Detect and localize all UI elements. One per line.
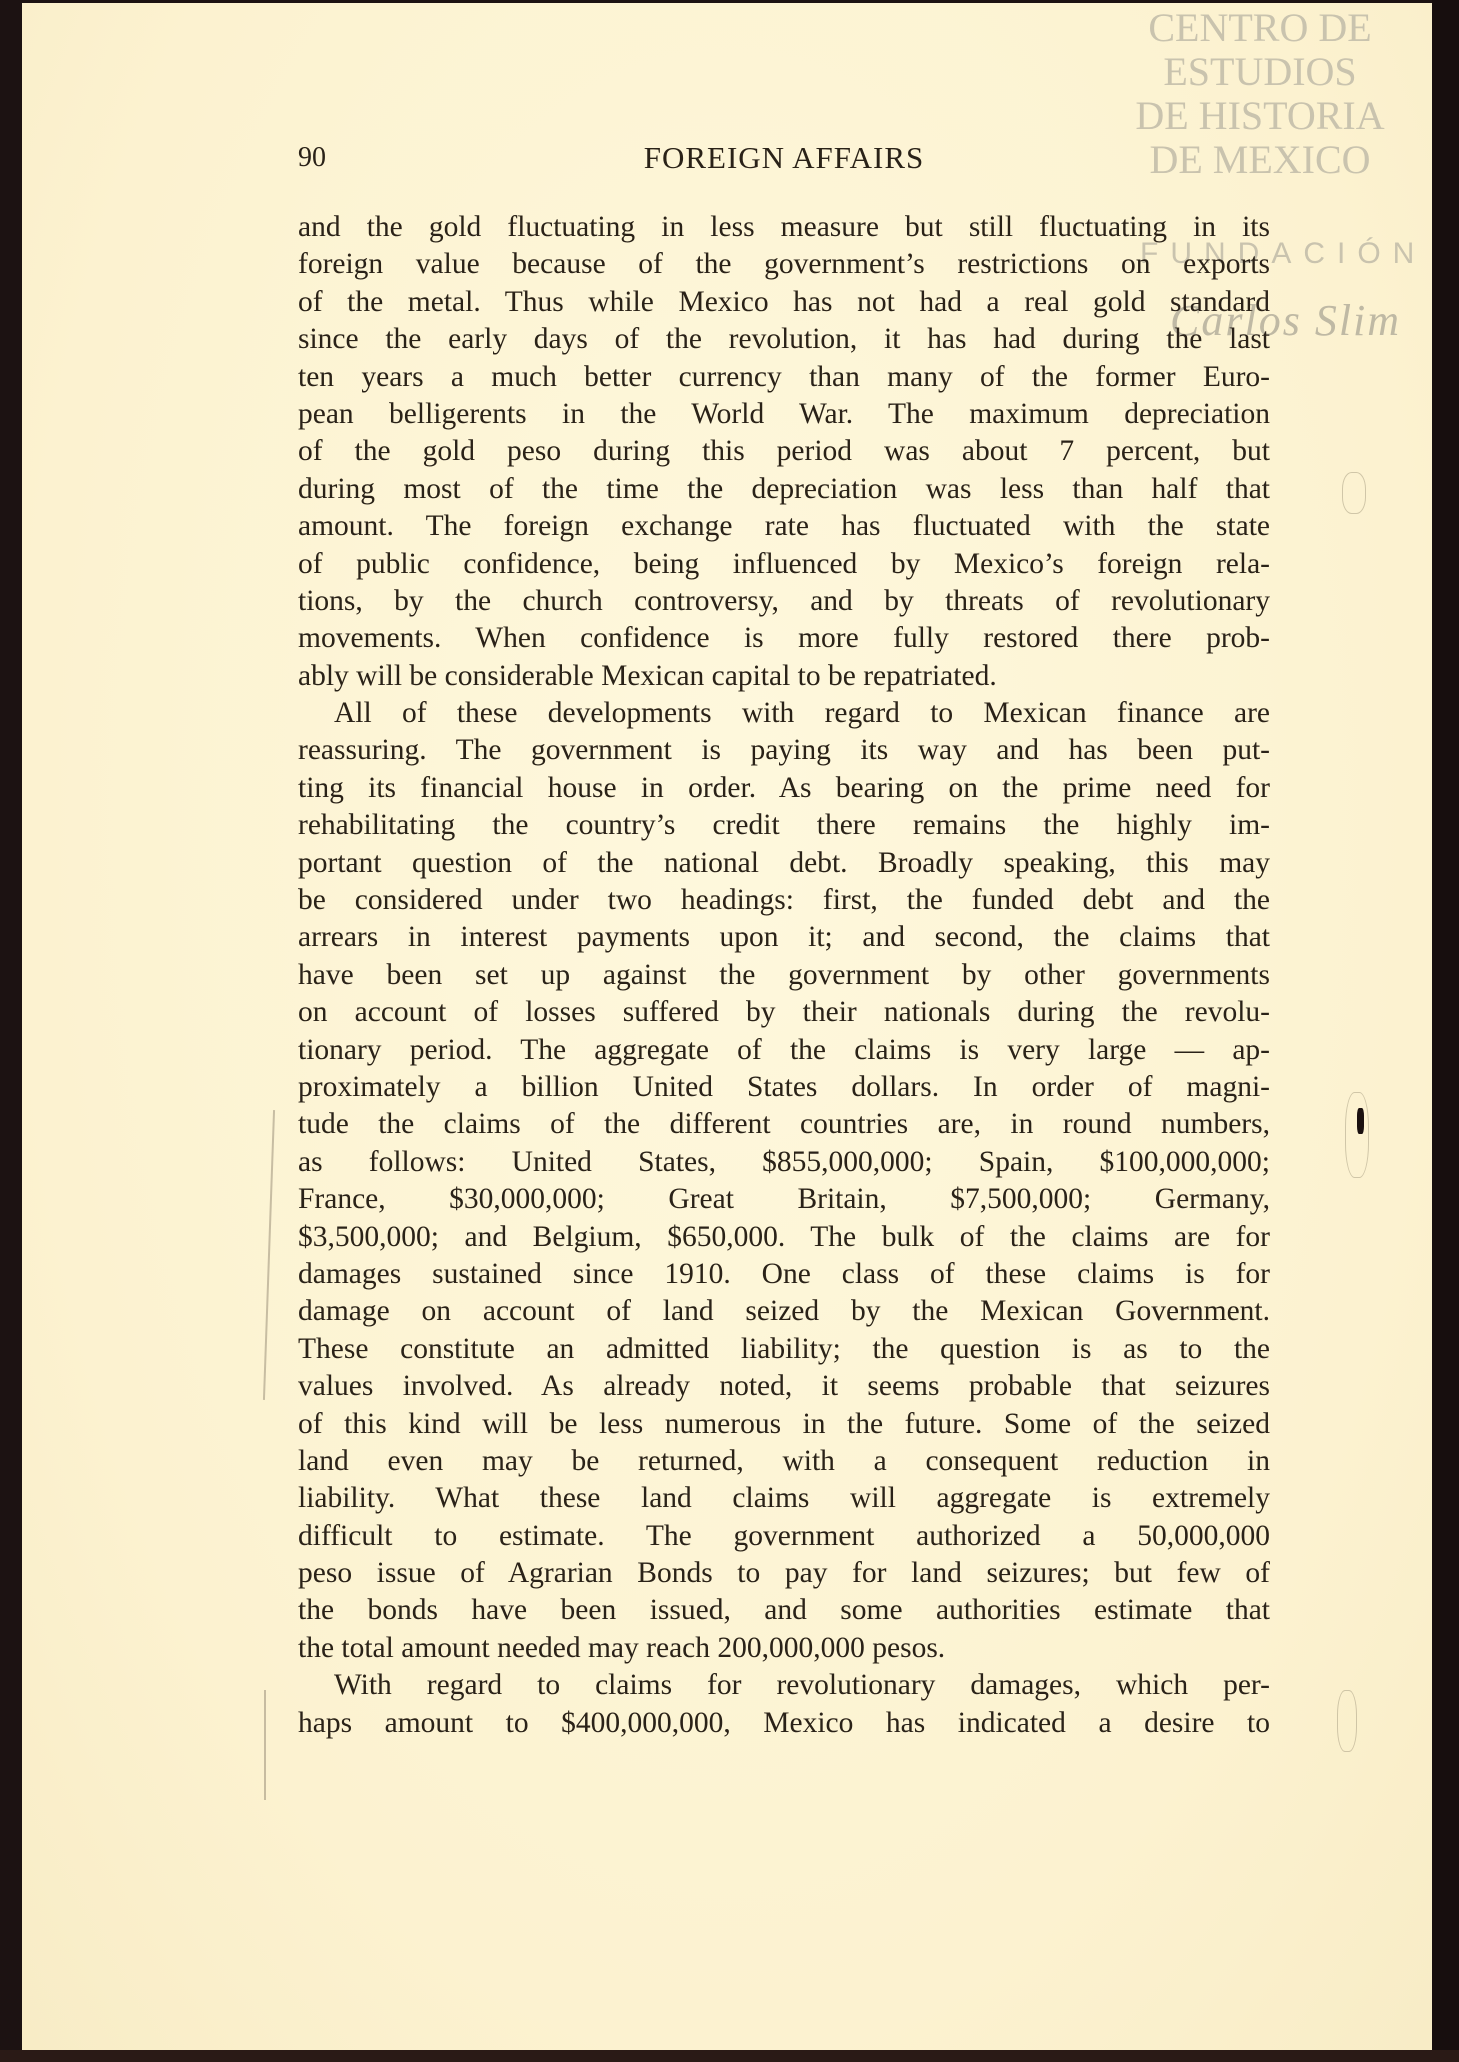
text-line: proximately a billion United States doll… xyxy=(298,1069,1270,1106)
journal-title: FOREIGN AFFAIRS xyxy=(298,140,1270,176)
text-line: the bonds have been issued, and some aut… xyxy=(298,1592,1270,1629)
paper-tear-mark xyxy=(1342,472,1366,514)
text-line: tude the claims of the different countri… xyxy=(298,1106,1270,1143)
text-line: of the metal. Thus while Mexico has not … xyxy=(298,284,1270,321)
watermark-line: ESTUDIOS xyxy=(1060,50,1459,94)
page-edge-shadow xyxy=(1432,0,1459,2062)
paragraph-start-line: With regard to claims for revolutionary … xyxy=(298,1667,1270,1704)
text-line: have been set up against the government … xyxy=(298,957,1270,994)
text-line: tionary period. The aggregate of the cla… xyxy=(298,1032,1270,1069)
text-line: values involved. As already noted, it se… xyxy=(298,1368,1270,1405)
text-line: pean belligerents in the World War. The … xyxy=(298,396,1270,433)
text-line: portant question of the national debt. B… xyxy=(298,845,1270,882)
text-line: ting its financial house in order. As be… xyxy=(298,770,1270,807)
text-line: These constitute an admitted liability; … xyxy=(298,1331,1270,1368)
watermark-line: CENTRO DE xyxy=(1060,6,1459,50)
text-line: $3,500,000; and Belgium, $650,000. The b… xyxy=(298,1219,1270,1256)
text-line: since the early days of the revolution, … xyxy=(298,321,1270,358)
body-text: and the gold fluctuating in less measure… xyxy=(298,209,1270,1742)
paper-tear-mark xyxy=(1337,1690,1357,1752)
text-line: reassuring. The government is paying its… xyxy=(298,732,1270,769)
text-line: amount. The foreign exchange rate has fl… xyxy=(298,508,1270,545)
text-line: ten years a much better currency than ma… xyxy=(298,359,1270,396)
text-line: damages sustained since 1910. One class … xyxy=(298,1256,1270,1293)
text-line: of public confidence, being influenced b… xyxy=(298,546,1270,583)
paragraph-start-line: All of these developments with regard to… xyxy=(298,695,1270,732)
text-line: rehabilitating the country’s credit ther… xyxy=(298,807,1270,844)
text-line: land even may be returned, with a conseq… xyxy=(298,1443,1270,1480)
text-line: foreign value because of the government’… xyxy=(298,246,1270,283)
running-head: 90 FOREIGN AFFAIRS xyxy=(298,140,1270,180)
text-line: movements. When confidence is more fully… xyxy=(298,620,1270,657)
text-line: arrears in interest payments upon it; an… xyxy=(298,919,1270,956)
text-line: and the gold fluctuating in less measure… xyxy=(298,209,1270,246)
text-line: as follows: United States, $855,000,000;… xyxy=(298,1144,1270,1181)
page-bottom-edge xyxy=(0,2050,1459,2062)
text-line: damage on account of land seized by the … xyxy=(298,1293,1270,1330)
text-line: on account of losses suffered by their n… xyxy=(298,994,1270,1031)
text-line: difficult to estimate. The government au… xyxy=(298,1518,1270,1555)
text-line: the total amount needed may reach 200,00… xyxy=(298,1630,1270,1667)
paper-hole xyxy=(1357,1108,1364,1134)
text-line: peso issue of Agrarian Bonds to pay for … xyxy=(298,1555,1270,1592)
text-line: be considered under two headings: first,… xyxy=(298,882,1270,919)
text-line: ably will be considerable Mexican capita… xyxy=(298,658,1270,695)
paper-tear-mark xyxy=(1345,1092,1369,1178)
text-line: tions, by the church controversy, and by… xyxy=(298,583,1270,620)
watermark-line: DE HISTORIA xyxy=(1060,94,1459,138)
text-line: of the gold peso during this period was … xyxy=(298,433,1270,470)
text-line: of this kind will be less numerous in th… xyxy=(298,1406,1270,1443)
text-line: during most of the time the depreciation… xyxy=(298,471,1270,508)
margin-pencil-mark xyxy=(264,1690,266,1800)
text-line: France, $30,000,000; Great Britain, $7,5… xyxy=(298,1181,1270,1218)
text-line: liability. What these land claims will a… xyxy=(298,1480,1270,1517)
text-line: haps amount to $400,000,000, Mexico has … xyxy=(298,1705,1270,1742)
